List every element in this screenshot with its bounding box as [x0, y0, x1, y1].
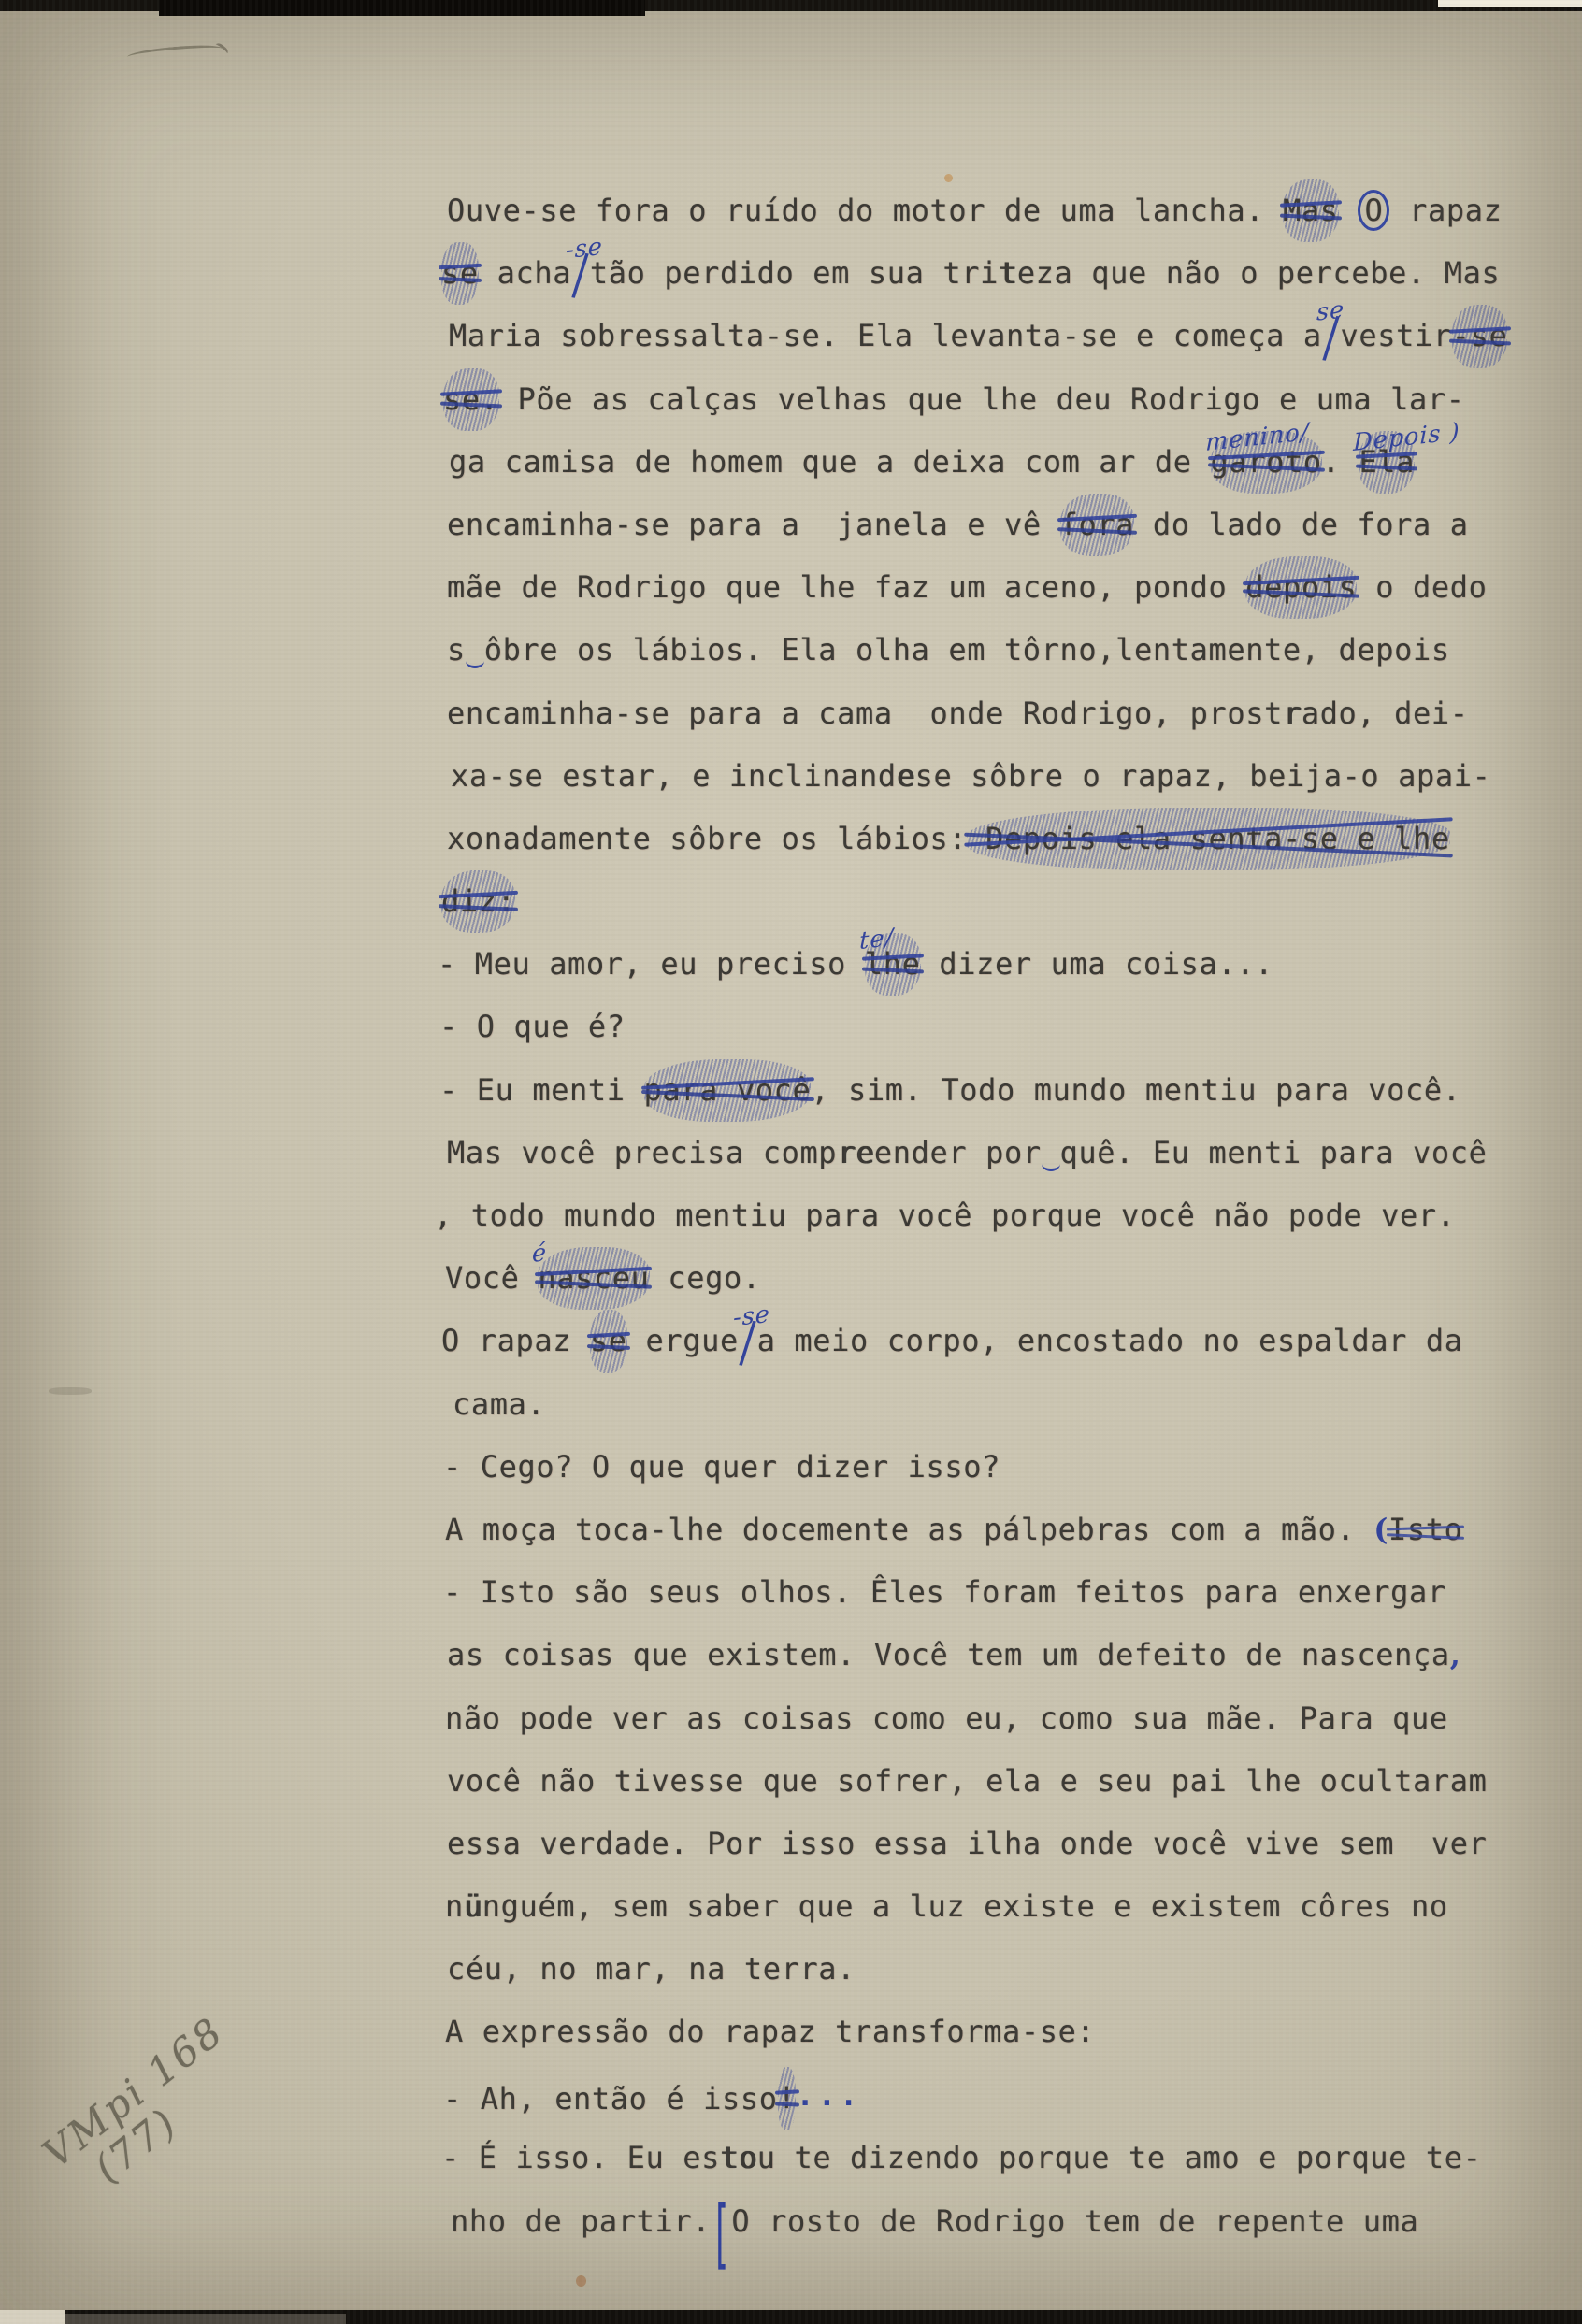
typescript-line: Maria sobressalta-se. Ela levanta-se e c… [449, 305, 1513, 367]
handwritten-ellipsis: ... [796, 2077, 861, 2113]
typescript-line: se. Põe as calças velhas que lhe deu Rod… [443, 368, 1513, 431]
typescript-line: xa-se estar, e inclinandese sôbre o rapa… [451, 745, 1513, 808]
typed-text: O rapaz [441, 1323, 590, 1358]
typed-text: ergue [627, 1323, 739, 1358]
typed-text: não pode ver as coisas como eu, como sua… [445, 1700, 1448, 1736]
typescript-line: diz: [441, 870, 1513, 933]
scribbled-text: diz: [441, 870, 515, 933]
typescript-line: nho de partir.[O rosto de Rodrigo tem de… [451, 2189, 1513, 2252]
typescript-text-block: Ouve-se fora o ruído do motor de uma lan… [447, 179, 1513, 2252]
typed-text: Você [445, 1260, 538, 1296]
scribbled-text: ! [778, 2067, 797, 2130]
typed-text: se sôbre o rapaz, beija-o apai- [915, 758, 1491, 794]
typed-text: mãe de Rodrigo que lhe faz um aceno, pon… [447, 569, 1245, 605]
typescript-line: Ouve-se fora o ruído do motor de uma lan… [447, 179, 1513, 242]
typescript-line: você não tivesse que sofrer, ela e seu p… [447, 1750, 1513, 1813]
overtyped-text: e [897, 758, 915, 794]
scribbled-text: para você [644, 1059, 812, 1122]
pencil-squiggle-tick [211, 41, 229, 59]
typed-text: - O que é? [439, 1009, 626, 1044]
circled-letter: O [1358, 190, 1389, 231]
scribbled-text: se. [443, 368, 499, 431]
typescript-line: - Ah, então é isso!... [443, 2064, 1513, 2127]
typed-text: , sim. Todo mundo mentiu para você. [811, 1072, 1460, 1108]
typed-text: encaminha-se para a cama onde Rodrigo, p… [447, 696, 1283, 731]
typed-text: ado, dei- [1302, 696, 1469, 731]
scan-edge-top-thick [159, 0, 645, 16]
pencil-squiggle-mark [127, 43, 223, 64]
typed-text: eza que não o percebe. Mas [1017, 255, 1501, 291]
typed-text: cama. [453, 1386, 545, 1422]
typed-text: tão perdido em sua tri [590, 255, 999, 291]
scan-edge-bottom-gray [65, 2314, 346, 2324]
typed-text: n [445, 1888, 464, 1924]
typed-text: encaminha-se para a janela e vê [447, 507, 1060, 542]
overtyped-text: t [999, 255, 1017, 291]
paper-stain [576, 2275, 586, 2287]
typed-text: - Isto são seus olhos. Êles foram feitos… [443, 1574, 1446, 1610]
typed-text: - Ah, então é isso [443, 2080, 778, 2116]
typed-text: xonadamente sôbre os lábios: [447, 821, 967, 856]
typescript-line: O rapaz se ergue-se/a meio corpo, encost… [441, 1310, 1513, 1372]
scribbled-text: fora [1060, 494, 1134, 556]
typed-text: , todo mundo mentiu para você porque voc… [434, 1198, 1456, 1233]
overtyped-text: re [837, 1135, 874, 1170]
typed-text: u te dizendo porque te amo e porque te- [757, 2140, 1482, 2175]
typescript-line: essa verdade. Por isso essa ilha onde vo… [447, 1813, 1513, 1875]
typescript-line: céu, no mar, na terra. [447, 1938, 1513, 2001]
scribbled-text: Depois ela senta-se e lhe [967, 808, 1450, 870]
typescript-line: nünguém, sem saber que a luz existe e ex… [445, 1875, 1513, 1938]
typed-text: O rosto de Rodrigo tem de repente uma [731, 2203, 1418, 2239]
typed-text: nguém, sem saber que a luz existe e exis… [482, 1888, 1448, 1924]
typed-text: ender por [874, 1135, 1042, 1170]
typed-text: rapaz [1390, 193, 1502, 228]
handwritten-bracket: [ [711, 2165, 731, 2306]
typed-text: vestir [1341, 318, 1452, 353]
scribbled-text: nasceu [538, 1247, 649, 1310]
archive-pencil-note: VMpi 168 (77) [36, 1987, 287, 2211]
typed-text: acha [479, 255, 571, 291]
typed-text: do lado de fora a [1134, 507, 1469, 542]
typed-text: - Cego? O que quer dizer isso? [443, 1449, 1000, 1485]
typescript-line: , todo mundo mentiu para você porque voc… [434, 1184, 1513, 1247]
ink-tie-mark [466, 653, 484, 668]
typed-text: A moça toca-lhe docemente as pálpebras c… [445, 1512, 1373, 1547]
typescript-line: - Cego? O que quer dizer isso? [443, 1436, 1513, 1499]
typed-text: dizer uma coisa... [921, 946, 1273, 982]
scribbled-text: -se [1452, 305, 1508, 367]
typescript-line: cama. [453, 1373, 1513, 1436]
scan-edge-bottom-corner [0, 2310, 65, 2324]
typescript-line: - O que é? [439, 996, 1513, 1058]
typed-text [1339, 193, 1358, 228]
typed-text: xa-se estar, e inclinand [451, 758, 897, 794]
scribbled-text: Mas [1283, 179, 1339, 242]
typed-text: ôbre os lábios. Ela olha em tôrno,lentam… [484, 632, 1450, 667]
typed-text: nho de partir. [451, 2203, 711, 2239]
struck-text: Isto [1388, 1499, 1462, 1561]
typescript-line: - É isso. Eu estou te dizendo porque te … [441, 2127, 1513, 2189]
typescript-line: se acha-se/tão perdido em sua triteza qu… [441, 242, 1513, 305]
typescript-line: xonadamente sôbre os lábios: Depois ela … [447, 808, 1513, 870]
typescript-line: não pode ver as coisas como eu, como sua… [445, 1687, 1513, 1750]
typescript-line: sôbre os lábios. Ela olha em tôrno,lenta… [447, 619, 1513, 681]
typescript-line: mãe de Rodrigo que lhe faz um aceno, pon… [447, 556, 1513, 619]
scribbled-text: garoto [1211, 431, 1322, 494]
typescript-line: A expressão do rapaz transforma-se: [445, 2001, 1513, 2063]
typed-text: A expressão do rapaz transforma-se: [445, 2014, 1095, 2049]
overtyped-text: ü [464, 1888, 482, 1924]
typed-text: - Meu amor, eu preciso [438, 946, 865, 982]
typed-text: Mas você precisa comp [447, 1135, 837, 1170]
overtyped-text: r [1283, 696, 1302, 731]
typescript-line: as coisas que existem. Você tem um defei… [447, 1624, 1513, 1686]
ink-tie-mark [1042, 1156, 1060, 1171]
typed-text: ga camisa de homem que a deixa com ar de [449, 444, 1211, 480]
paper-stain [49, 1387, 92, 1395]
scan-edge-top-sliver [1438, 0, 1582, 7]
scribbled-text: se [441, 242, 479, 305]
typed-text: a meio corpo, encostado no espaldar da [757, 1323, 1463, 1358]
typed-text: - Eu menti [439, 1072, 644, 1108]
manuscript-page: Ouve-se fora o ruído do motor de uma lan… [0, 0, 1582, 2324]
typed-text: - É isso. Eu es [441, 2140, 720, 2175]
scribbled-text: Ela [1359, 431, 1415, 494]
typescript-line: - Eu menti para você, sim. Todo mundo me… [439, 1059, 1513, 1122]
scribbled-text: lhe [865, 933, 921, 996]
typescript-line: - Isto são seus olhos. Êles foram feitos… [443, 1561, 1513, 1624]
typed-text: o dedo [1357, 569, 1487, 605]
typescript-line: - Meu amor, eu preciso te/lhe dizer uma … [438, 933, 1513, 996]
typed-text: as coisas que existem. Você tem um defei… [447, 1637, 1450, 1672]
typescript-line: ga camisa de homem que a deixa com ar de… [449, 431, 1513, 494]
typed-text: essa verdade. Por isso essa ilha onde vo… [447, 1826, 1487, 1861]
typed-text: céu, no mar, na terra. [447, 1951, 856, 1987]
typescript-line: encaminha-se para a janela e vê fora do … [447, 494, 1513, 556]
typescript-line: encaminha-se para a cama onde Rodrigo, p… [447, 682, 1513, 745]
typed-text: você não tivesse que sofrer, ela e seu p… [447, 1763, 1487, 1799]
typed-text: quê. Eu menti para você [1060, 1135, 1488, 1170]
typescript-line: A moça toca-lhe docemente as pálpebras c… [445, 1499, 1513, 1561]
scribbled-text: depois [1245, 556, 1357, 619]
handwritten-mark: , [1450, 1637, 1461, 1672]
scribbled-text: se [590, 1310, 627, 1372]
typed-text: s [447, 632, 466, 667]
typescript-line: Você énasceu cego. [445, 1247, 1513, 1310]
typescript-line: Mas você precisa compreender porquê. Eu … [447, 1122, 1513, 1184]
